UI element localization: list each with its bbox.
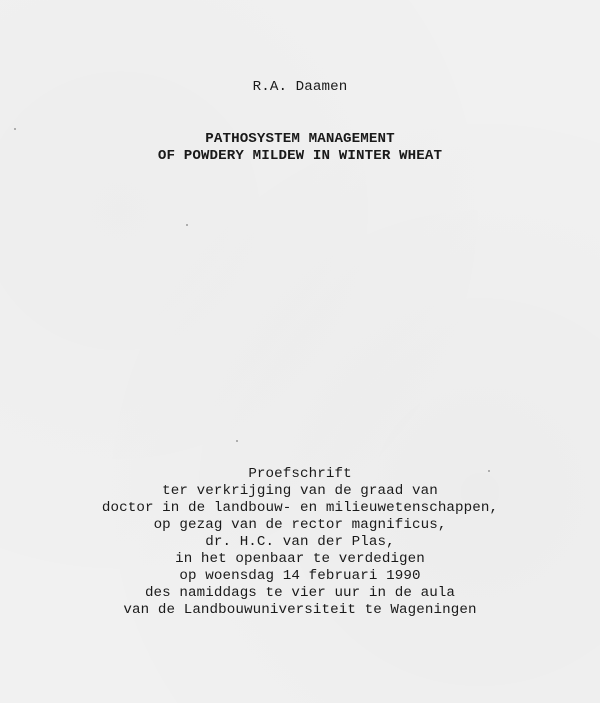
document-page: R.A. Daamen PATHOSYSTEM MANAGEMENT OF PO… [0,0,600,703]
scan-speck [488,470,490,472]
thesis-line-university: van de Landbouwuniversiteit te Wageninge… [0,602,600,619]
thesis-line-degree: ter verkrijging van de graad van [0,483,600,500]
thesis-line-time: des namiddags te vier uur in de aula [0,585,600,602]
author-name: R.A. Daamen [0,79,600,96]
thesis-line-authority: op gezag van de rector magnificus, [0,517,600,534]
scan-speck [14,128,16,130]
thesis-line-rector: dr. H.C. van der Plas, [0,534,600,551]
scan-speck [236,440,238,442]
title-line-2: OF POWDERY MILDEW IN WINTER WHEAT [0,148,600,165]
thesis-line-defend: in het openbaar te verdedigen [0,551,600,568]
title-line-1: PATHOSYSTEM MANAGEMENT [0,131,600,148]
thesis-line-date: op woensdag 14 februari 1990 [0,568,600,585]
thesis-line-proefschrift: Proefschrift [0,466,600,483]
thesis-line-doctor: doctor in de landbouw- en milieuwetensch… [0,500,600,517]
scan-speck [186,224,188,226]
